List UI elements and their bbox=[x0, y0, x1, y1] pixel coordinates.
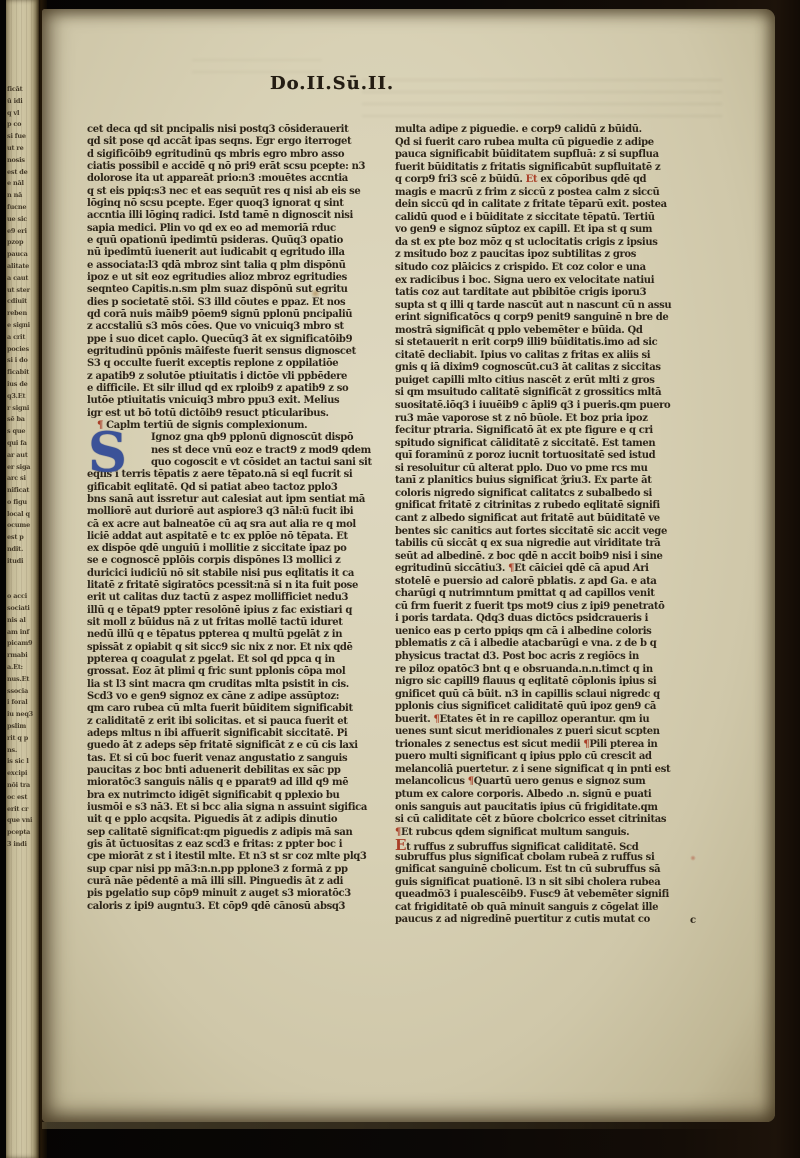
show-through bbox=[192, 57, 322, 73]
edge-fragment: e9 eri bbox=[7, 226, 38, 238]
edge-fragment: ū idi bbox=[7, 96, 38, 108]
text-line: z caliditatē z erit ibi solicitas. et si… bbox=[87, 716, 387, 728]
text-line: illū q e tēpat9 ppter resolōnē ipius z f… bbox=[87, 605, 387, 617]
text-line: Scd3 vo e gen9 signoz ex cāne z adipe as… bbox=[87, 691, 387, 703]
text-line: ¶Et rubcus qdem significat multum sangui… bbox=[395, 827, 707, 840]
edge-fragment: itudi bbox=[7, 556, 38, 568]
text-line: buerit. ¶Etates ēt in re capilloz operan… bbox=[395, 714, 707, 727]
text-line: ppterea q coagulat z pgelat. Et sol qd p… bbox=[87, 654, 387, 666]
text-line: sit moll z būidus nā z ut fritas mollē t… bbox=[87, 617, 387, 629]
text-line: stotelē e puersio ad calorē pblatis. z a… bbox=[395, 576, 707, 589]
text-line: qm caro rubea cū mlta fuerit būiditem si… bbox=[87, 703, 387, 715]
text-line: bns sanā aut issretur aut calesiat aut i… bbox=[87, 494, 387, 506]
signature-mark: c bbox=[690, 915, 696, 926]
text-line: z accstaliū s3 mōs cōes. Que vo vnicuiq3… bbox=[87, 321, 387, 333]
text-line: pplonis cius significet caliditatē quū i… bbox=[395, 701, 707, 714]
text-line: vo gen9 e signoz sūptoz ex capill. Et ip… bbox=[395, 224, 707, 237]
text-line: nū ipedimtū iuenerit aut iudicabit q egr… bbox=[87, 247, 387, 259]
edge-fragment: que vni bbox=[7, 815, 38, 827]
text-line: tanī z planitics buius significat ǯriu3.… bbox=[395, 475, 707, 488]
edge-fragment: erit cr bbox=[7, 804, 38, 816]
text-line: uenico eas p certo ppiqs qm cā i albedin… bbox=[395, 626, 707, 639]
edge-fragment: iu neq3 bbox=[7, 709, 38, 721]
text-line: ptum ex calore corporis. Albedo .n. sign… bbox=[395, 789, 707, 802]
text-line: guedo āt z adeps sēp fritatē significāt … bbox=[87, 740, 387, 752]
text-line: ciatis possibil e accidē q nō pri9 erāt … bbox=[87, 161, 387, 173]
edge-fragment: r signi bbox=[7, 403, 38, 415]
text-line: adeps mltus n ibi affuerit significabit … bbox=[87, 728, 387, 740]
text-line: onis sanguis aut paucitatis ipius cū fri… bbox=[395, 802, 707, 815]
text-line: e difficile. Et silr illud qd ex rploib9… bbox=[87, 383, 387, 395]
text-line: spissāt z opiabit q sit sicc9 sic nix z … bbox=[87, 642, 387, 654]
text-line: cet deca qd sit pncipalis nisi postq3 cō… bbox=[87, 124, 387, 136]
edge-fragment: sē ba bbox=[7, 414, 38, 426]
text-line: seqnteo Capitis.n.sm plm suaz dispōnū su… bbox=[87, 284, 387, 296]
text-line: duricici iudiciū nō sit stabile nisi pus… bbox=[87, 568, 387, 580]
text-line: nigro sic capill9 flauus q eqlitatē cōpl… bbox=[395, 676, 707, 689]
text-line: egritudinū ppōnis māifeste fuerit sensus… bbox=[87, 346, 387, 358]
book-scan: ficātū idiq vlp cosi fueut renosisest de… bbox=[0, 0, 800, 1158]
text-line: e quū opationū ipedimtū psideras. Quūq3 … bbox=[87, 235, 387, 247]
edge-fragment: ficabit bbox=[7, 367, 38, 379]
text-line: dies p societatē stōi. S3 illd cōutes e … bbox=[87, 297, 387, 309]
text-line: gnificat fritatē z citrinitas z rubedo e… bbox=[395, 500, 707, 513]
text-segment: Pili pterea in bbox=[589, 739, 657, 750]
edge-fragment: is sic l bbox=[7, 756, 38, 768]
text-line: gis āt ūctuositas z eaz scd3 e fritas: z… bbox=[87, 839, 387, 851]
text-line: z apatib9 z solutōe ptiuitatis i dictōe … bbox=[87, 371, 387, 383]
text-line: puero multi significant q ipius pplo cū … bbox=[395, 751, 707, 764]
text-line: subruffus plus significat cbolam rubeā z… bbox=[395, 852, 707, 865]
text-line: sep calitatē significat:qm piguedis z ad… bbox=[87, 827, 387, 839]
text-line: uit q e pplo acqsita. Piguedis āt z adip… bbox=[87, 814, 387, 826]
text-line: curā nāe pēdentē a mā illi sill. Pingued… bbox=[87, 876, 387, 888]
edge-fragment: e nāl bbox=[7, 178, 38, 190]
text-segment: buerit. bbox=[395, 714, 433, 725]
text-line: si resoluitur cū alterat pplo. Duo vo pm… bbox=[395, 463, 707, 476]
text-line: re piloz opatōc3 bnt q e obsruanda.n.n.t… bbox=[395, 664, 707, 677]
edge-fragment: p co bbox=[7, 119, 38, 131]
show-through bbox=[362, 71, 722, 117]
text-line: situdo coz plāicics z crispido. Et coz c… bbox=[395, 262, 707, 275]
text-line: sup cpar nisi pp mā3:n.n.pp pplone3 z fo… bbox=[87, 864, 387, 876]
page-bottom-edge bbox=[42, 1122, 742, 1129]
text-line: multa adipe z piguedie. e corp9 calidū z… bbox=[395, 124, 707, 137]
edge-fragment: oc est bbox=[7, 792, 38, 804]
edge-fragment: excipi bbox=[7, 768, 38, 780]
edge-fragment: nōi tra bbox=[7, 780, 38, 792]
text-line: suositatē.iōq3 i iuuēib9 c āpli9 q3 i pu… bbox=[395, 400, 707, 413]
text-line: e associata:l3 qdā mbroz sint talia q pl… bbox=[87, 260, 387, 272]
edge-fragment: ssocia bbox=[7, 686, 38, 698]
text-line: fuerit būiditatis z fritatis significabū… bbox=[395, 162, 707, 175]
edge-fragment: pocies bbox=[7, 344, 38, 356]
text-line: mostrā significāt q pplo vebemēter e būi… bbox=[395, 325, 707, 338]
edge-fragment: si fue bbox=[7, 131, 38, 143]
text-line: grossat. Eoz āt plimi q fric sunt pploni… bbox=[87, 666, 387, 678]
drop-cap-initial: S bbox=[88, 430, 146, 476]
text-line: guis significat puationē. l3 n sit sibi … bbox=[395, 877, 707, 890]
text-segment: Et rubcus qdem significat multum sanguis… bbox=[401, 827, 629, 838]
text-line: molliorē aut duriorē aut aspiore3 q3 nāl… bbox=[87, 506, 387, 518]
text-line: cā ex acre aut balneatōe cū aq sra aut a… bbox=[87, 519, 387, 531]
text-segment: Et cāiciei qdē cā apud Ari bbox=[514, 563, 648, 574]
text-line: cant z albedo significat aut fritatē aut… bbox=[395, 513, 707, 526]
edge-fragment: fucne bbox=[7, 202, 38, 214]
text-line: nedū illū q e tēpatus ppterea q multū pg… bbox=[87, 629, 387, 641]
edge-fragment: est de bbox=[7, 167, 38, 179]
text-line: caloris z ipi9 augntu3. Et cōp9 qdē cāno… bbox=[87, 901, 387, 913]
text-line: z msitudo boz z paucitas ipoz subtilitas… bbox=[395, 249, 707, 262]
edge-fragment: a.Et: bbox=[7, 662, 38, 674]
edge-fragment: nis al bbox=[7, 615, 38, 627]
text-line: paucitas z boc bnti aduenerit debilitas … bbox=[87, 765, 387, 777]
text-segment: melancolicus bbox=[395, 776, 468, 787]
text-line: sapia medici. Plin vo qd ex eo ad memori… bbox=[87, 223, 387, 235]
text-line: dolorose ita ut appareāt prio:n3 :mouēte… bbox=[87, 173, 387, 185]
text-line: i poris tardata. Qdq3 duas dictōcs psidc… bbox=[395, 613, 707, 626]
text-line: gnificat sanguinē cbolicum. Est tn cū su… bbox=[395, 864, 707, 877]
edge-fragment: 3 indi bbox=[7, 839, 38, 851]
text-line: quī foraminū z poroz iucnit tortuositatē… bbox=[395, 450, 707, 463]
edge-fragment: i foral bbox=[7, 697, 38, 709]
text-line: cpe miorāt z st i itestil mlte. Et n3 st… bbox=[87, 851, 387, 863]
edge-fragment: ut ster bbox=[7, 285, 38, 297]
text-line: Qd si fuerit caro rubea multa cū piguedi… bbox=[395, 137, 707, 150]
edge-fragment bbox=[7, 568, 38, 580]
text-line: accntia illi lōginq radici. Istd tamē n … bbox=[87, 210, 387, 222]
text-line: gnificet quū cā būit. n3 in capillis scl… bbox=[395, 689, 707, 702]
text-line: d sigificōib9 egritudinū qs mbris egro m… bbox=[87, 149, 387, 161]
text-line: ipoz e ut sit eoz egritudies alioz mbroz… bbox=[87, 272, 387, 284]
text-line: fecitur ptraria. Significatō āt ex pte f… bbox=[395, 425, 707, 438]
edge-fragment: am inf bbox=[7, 627, 38, 639]
text-line: si stetauerit n erit corp9 illi9 būidita… bbox=[395, 337, 707, 350]
edge-fragment: o figu bbox=[7, 497, 38, 509]
edge-fragment: qui fa bbox=[7, 438, 38, 450]
edge-fragment: ndit. bbox=[7, 544, 38, 556]
page-edge-strip: ficātū idiq vlp cosi fueut renosisest de… bbox=[6, 0, 39, 1158]
text-line: seūt ad albedinē. z boc qdē n accit boib… bbox=[395, 551, 707, 564]
text-line: egritudinū siccātiu3. ¶Et cāiciei qdē cā… bbox=[395, 563, 707, 576]
edge-fragment: pcepta bbox=[7, 827, 38, 839]
text-line: spitudo significat cāliditatē z siccitat… bbox=[395, 438, 707, 451]
edge-fragment: pzop bbox=[7, 237, 38, 249]
edge-fragment: a crit bbox=[7, 332, 38, 344]
paragraph-block: eqlis i terris tēpatis z aere tēpato.nā … bbox=[87, 469, 387, 913]
book-page: Do.II.Sū.II. cet deca qd sit pncipalis n… bbox=[42, 9, 775, 1122]
text-line: igr est ut bō totū dictōib9 resuct pticu… bbox=[87, 408, 387, 420]
text-line: coloris nigredo significat calitatcs z s… bbox=[395, 488, 707, 501]
text-line: da st ex pte boz mōz q st uclocitatis cr… bbox=[395, 237, 707, 250]
edge-fragment: picam9 bbox=[7, 638, 38, 650]
text-line: lia st l3 sint macra qm cruditas mlta ps… bbox=[87, 679, 387, 691]
edge-fragment: o acci bbox=[7, 591, 38, 603]
text-line: tabilis cū siccāt q ex sua nigredie aut … bbox=[395, 538, 707, 551]
edge-fragment: pslim bbox=[7, 721, 38, 733]
text-line: tatis coz aut tarditate aut pbibitōe cri… bbox=[395, 287, 707, 300]
text-line: citatē decliabit. Ipius vo calitas z fri… bbox=[395, 350, 707, 363]
edge-fragment: cdiuit bbox=[7, 296, 38, 308]
text-line: dein siccū qd in calitate z fritate tēpa… bbox=[395, 199, 707, 212]
edge-fragment: rit q p bbox=[7, 733, 38, 745]
text-column-left: cet deca qd sit pncipalis nisi postq3 cō… bbox=[87, 124, 387, 913]
text-line: bentes sic canitics aut fortes siccitatē… bbox=[395, 526, 707, 539]
edge-fragment-list: ficātū idiq vlp cosi fueut renosisest de… bbox=[7, 84, 38, 851]
text-line: melancolicus ¶Quartū uero genus e signoz… bbox=[395, 776, 707, 789]
edge-fragment: ocume bbox=[7, 520, 38, 532]
edge-fragment: e signi bbox=[7, 320, 38, 332]
text-line: physicus tractat d3. Post boc acris z re… bbox=[395, 651, 707, 664]
text-line: magis e macrū z frim z siccū z postea ca… bbox=[395, 187, 707, 200]
text-line: ru3 māe vaporose st z nō būole. Et boz p… bbox=[395, 413, 707, 426]
text-line: se e cognoscē pplōis corpis dispōnes l3 … bbox=[87, 555, 387, 567]
edge-fragment: reben bbox=[7, 308, 38, 320]
edge-fragment: n nā bbox=[7, 190, 38, 202]
text-segment: ex cōporibus qdē qd bbox=[537, 174, 646, 185]
edge-fragment: er siga bbox=[7, 462, 38, 474]
text-segment: trionales z senectus est sicut medii bbox=[395, 739, 583, 750]
edge-fragment: q3.Et bbox=[7, 391, 38, 403]
edge-fragment: est p bbox=[7, 532, 38, 544]
text-line: pis pgelatio sup cōp9 minuit z auget s3 … bbox=[87, 888, 387, 900]
text-line: lōginq nō scsu pcepte. Eger quoq3 ignora… bbox=[87, 198, 387, 210]
text-line: uenes sunt sicut meridionales z pueri si… bbox=[395, 726, 707, 739]
edge-fragment: s que bbox=[7, 426, 38, 438]
edge-fragment: ius de bbox=[7, 379, 38, 391]
edge-fragment: ficāt bbox=[7, 84, 38, 96]
text-line: gnis q iā dixim9 cognoscūt.cu3 āt calita… bbox=[395, 362, 707, 375]
text-line: cat frigiditatē ob quā minuit sanguis z … bbox=[395, 902, 707, 915]
text-line: qd corā nuis māib9 pōem9 signū pplonū pn… bbox=[87, 309, 387, 321]
text-line: ex radicibus i boc. Signa uero ex veloci… bbox=[395, 275, 707, 288]
text-line: liciē addat aut aspitatē e tc ex pplōe n… bbox=[87, 531, 387, 543]
edge-fragment: ns. bbox=[7, 745, 38, 757]
edge-fragment: alitate bbox=[7, 261, 38, 273]
edge-fragment: sociati bbox=[7, 603, 38, 615]
edge-fragment: ut re bbox=[7, 143, 38, 155]
rubric-mark: E bbox=[395, 839, 406, 852]
text-line: cū frm fuerit z fuerit tps mot9 cius z i… bbox=[395, 601, 707, 614]
text-line: litatē z fritatē sigiratōcs pcessit:nā s… bbox=[87, 580, 387, 592]
edge-fragment: ar aut bbox=[7, 450, 38, 462]
edge-fragment: pauca bbox=[7, 249, 38, 261]
initial-paragraph: S Ignoz gna qb9 pplonū dignoscūt dispōne… bbox=[87, 432, 387, 469]
text-line: q corp9 fri3 scē z būidū. Et ex cōporibu… bbox=[395, 174, 707, 187]
text-line: erit ut calitas duz tactū z aspez mollif… bbox=[87, 592, 387, 604]
text-line: pblematis z cā i albedie atacbarūgi e vn… bbox=[395, 638, 707, 651]
paragraph-block: cet deca qd sit pncipalis nisi postq3 cō… bbox=[87, 124, 387, 420]
text-segment: egritudinū siccātiu3. bbox=[395, 563, 508, 574]
edge-fragment: arc si bbox=[7, 473, 38, 485]
text-line: bra ex nutrimcto idigēt significabit q p… bbox=[87, 790, 387, 802]
text-line: melancoliā puertetur. z i sene significa… bbox=[395, 764, 707, 777]
edge-fragment: nus.Et bbox=[7, 674, 38, 686]
text-segment: t ruffus z subruffus significat calidita… bbox=[406, 842, 638, 852]
text-line: si cū caliditate cēt z būore cbolcrico e… bbox=[395, 814, 707, 827]
text-line: lutōe ptiuitatis vnicuiq3 mbro ppu3 exit… bbox=[87, 395, 387, 407]
text-line: charūgi q nutrimntum pmittat q ad capill… bbox=[395, 588, 707, 601]
text-line: si qm msuitudo calitatē significāt z gro… bbox=[395, 387, 707, 400]
text-line: supta st q illi q tarde nascūt aut n nas… bbox=[395, 300, 707, 313]
text-line: S3 q occulte fuerit exceptis replone z o… bbox=[87, 358, 387, 370]
text-line: tas. Et si cū boc fuerit venaz angustati… bbox=[87, 753, 387, 765]
edge-fragment: nosis bbox=[7, 155, 38, 167]
text-line: gificabit eqlitatē. Qd si patiat abeo ta… bbox=[87, 482, 387, 494]
edge-fragment: si i do bbox=[7, 355, 38, 367]
text-line: pauca significabit būiditatem supfluā: z… bbox=[395, 149, 707, 162]
text-line: qd sit pose qd accāt ipas seqns. Egr erg… bbox=[87, 136, 387, 148]
text-line: paucus z ad nigredinē puertitur z cutis … bbox=[395, 914, 707, 927]
text-line: queadmō3 i pualescēib9. Fusc9 āt vebemēt… bbox=[395, 889, 707, 902]
text-line: trionales z senectus est sicut medii ¶Pi… bbox=[395, 739, 707, 752]
edge-fragment bbox=[7, 579, 38, 591]
edge-fragment: nificat bbox=[7, 485, 38, 497]
text-line: Et ruffus z subruffus significat calidit… bbox=[395, 839, 707, 852]
running-title: Do.II.Sū.II. bbox=[270, 73, 394, 94]
text-line: q st eis ppiq:s3 nec et eas sequūt res q… bbox=[87, 186, 387, 198]
edge-fragment: rmabi bbox=[7, 650, 38, 662]
text-segment: q corp9 fri3 scē z būidū. bbox=[395, 174, 526, 185]
text-line: ppe i suo dicet caplo. Quecūq3 āt ex sig… bbox=[87, 334, 387, 346]
text-line: puiget capilli mlto citius nascēt z erūt… bbox=[395, 375, 707, 388]
edge-fragment: q vl bbox=[7, 108, 38, 120]
text-segment: Quartū uero genus e signoz sum bbox=[474, 776, 646, 787]
edge-fragment: ue sic bbox=[7, 214, 38, 226]
text-column-right: multa adipe z piguedie. e corp9 calidū z… bbox=[395, 124, 707, 927]
edge-fragment: a caut bbox=[7, 273, 38, 285]
text-line: calidū quod e i būiditate z siccitate tē… bbox=[395, 212, 707, 225]
text-line: iusmōi e s3 nā3. Et si bcc alia signa n … bbox=[87, 802, 387, 814]
text-segment: Etates ēt in re capilloz operantur. qm i… bbox=[440, 714, 650, 725]
text-line: erint significatōcs q corp9 penit9 sangu… bbox=[395, 312, 707, 325]
text-line: ex dispōe qdē unguiū i mollitie z siccit… bbox=[87, 543, 387, 555]
text-line: mioratōc3 sanguis nālis q e pparat9 ad i… bbox=[87, 777, 387, 789]
edge-fragment: local q bbox=[7, 509, 38, 521]
rubric-mark: Et bbox=[526, 174, 538, 185]
